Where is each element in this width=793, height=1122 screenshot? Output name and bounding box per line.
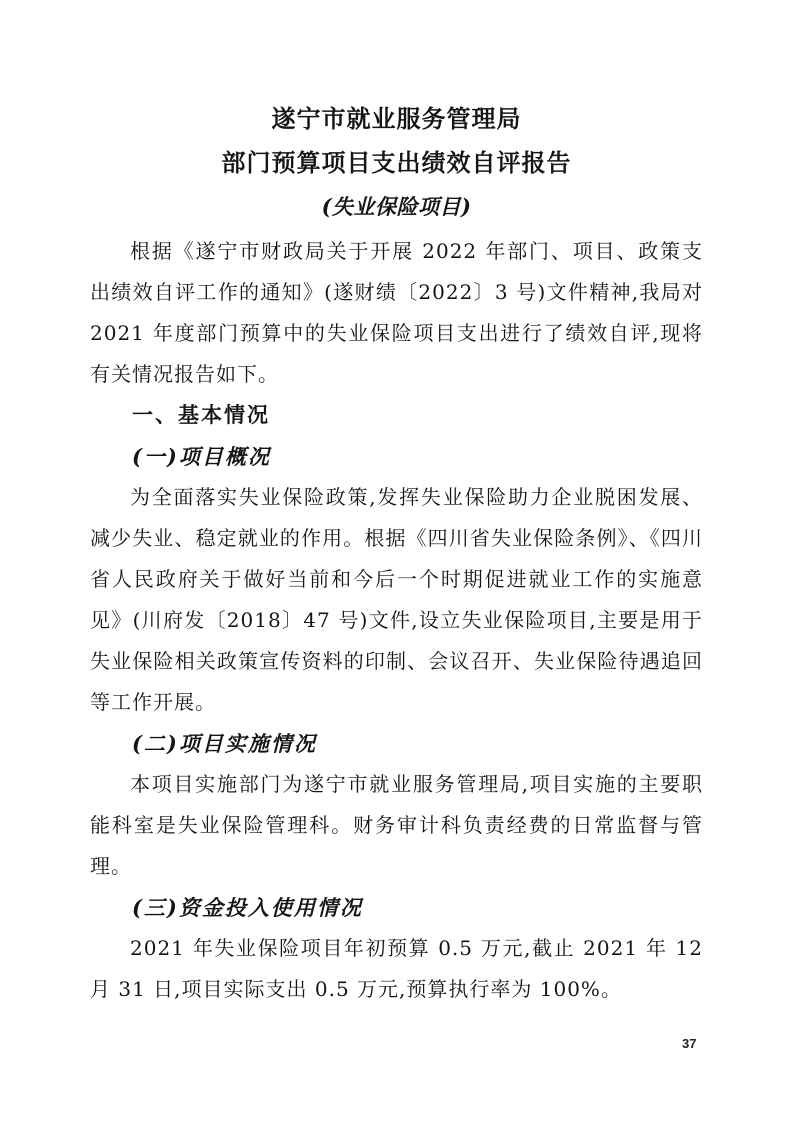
paragraph: 根据《遂宁市财政局关于开展 2022 年部门、项目、政策支出绩效自评工作的通知》… [90,231,703,395]
paragraph: 2021 年失业保险项目年初预算 0.5 万元,截止 2021 年 12 月 3… [90,928,703,1010]
document-content: 遂宁市就业服务管理局 部门预算项目支出绩效自评报告 (失业保险项目) 根据《遂宁… [90,97,703,1010]
paragraph: 为全面落实失业保险政策,发挥失业保险助力企业脱困发展、减少失业、稳定就业的作用。… [90,477,703,723]
sub-heading: (二)项目实施情况 [90,723,703,764]
sub-heading: (一)项目概况 [90,436,703,477]
sub-heading: (三)资金投入使用情况 [90,887,703,928]
document-body: 根据《遂宁市财政局关于开展 2022 年部门、项目、政策支出绩效自评工作的通知》… [90,231,703,1010]
document-title-line-1: 遂宁市就业服务管理局 [90,97,703,141]
document-page: 遂宁市就业服务管理局 部门预算项目支出绩效自评报告 (失业保险项目) 根据《遂宁… [0,0,793,1122]
document-subtitle: (失业保险项目) [90,185,703,229]
paragraph: 本项目实施部门为遂宁市就业服务管理局,项目实施的主要职能科室是失业保险管理科。财… [90,764,703,887]
document-title-line-2: 部门预算项目支出绩效自评报告 [90,141,703,185]
section-heading: 一、基本情况 [90,395,703,436]
page-number: 37 [682,1036,696,1051]
